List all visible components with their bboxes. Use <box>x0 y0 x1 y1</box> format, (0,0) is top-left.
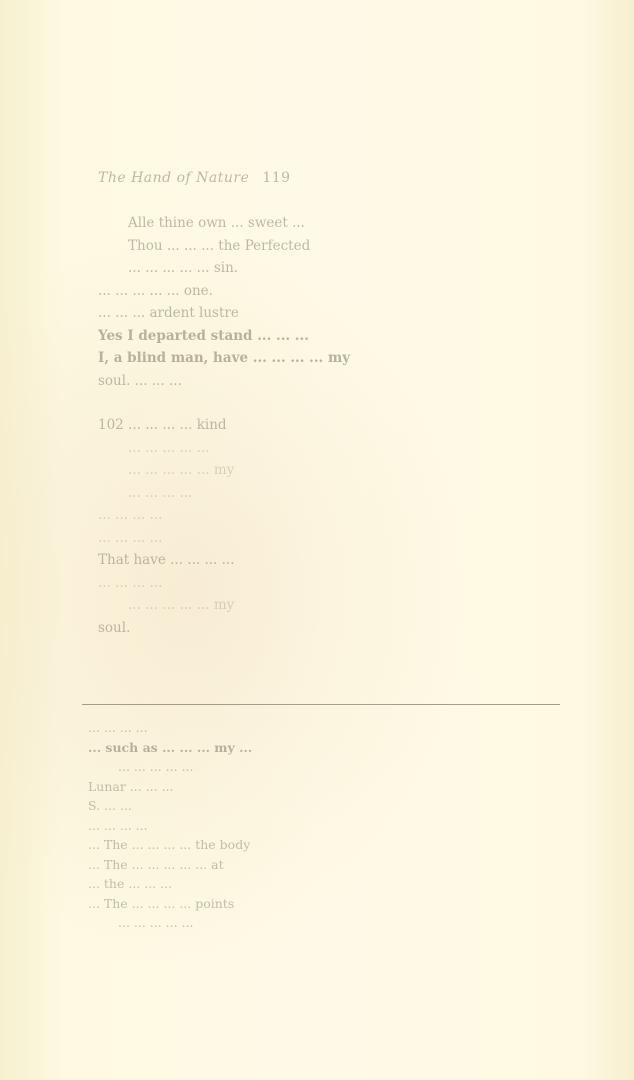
text-line: ... ... ... ... ... my <box>98 459 574 482</box>
scanned-page: The Hand of Nature 119 Alle thine own ..… <box>0 0 634 1080</box>
footnote-line: ... The ... ... ... ... points <box>88 894 584 914</box>
text-line: ... ... ... ... ... my <box>98 594 574 617</box>
text-line: That have ... ... ... ... <box>98 549 574 572</box>
text-line: ... ... ... ardent lustre <box>98 302 574 325</box>
running-head-title: The Hand of Nature <box>98 170 249 186</box>
footnote-line: ... ... ... ... ... <box>88 913 584 933</box>
running-head: The Hand of Nature 119 <box>98 170 291 186</box>
footnote-line: S. ... ... <box>88 796 584 816</box>
footnote-line: ... ... ... ... <box>88 816 584 836</box>
text-line: ... ... ... ... <box>98 572 574 595</box>
poem-body: Alle thine own ... sweet ...Thou ... ...… <box>98 212 574 639</box>
footnote-line: ... The ... ... ... ... ... at <box>88 855 584 875</box>
text-line: I, a blind man, have ... ... ... ... my <box>98 347 574 370</box>
text-line: ... ... ... ... ... <box>98 437 574 460</box>
footnote-line: ... ... ... ... <box>88 718 584 738</box>
text-line: ... ... ... ... <box>98 527 574 550</box>
text-line: ... ... ... ... ... sin. <box>98 257 574 280</box>
footnotes: ... ... ... ...... such as ... ... ... m… <box>88 718 584 933</box>
footnote-divider <box>82 704 560 705</box>
footnote-line: Lunar ... ... ... <box>88 777 584 797</box>
page-number: 119 <box>262 170 290 186</box>
text-line: Alle thine own ... sweet ... <box>98 212 574 235</box>
text-line: soul. <box>98 617 574 640</box>
text-line: Yes I departed stand ... ... ... <box>98 325 574 348</box>
text-line: ... ... ... ... ... one. <box>98 280 574 303</box>
footnote-line: ... The ... ... ... ... the body <box>88 835 584 855</box>
text-line: Thou ... ... ... the Perfected <box>98 235 574 258</box>
stanza-gap <box>98 392 574 414</box>
footnote-line: ... such as ... ... ... my ... <box>88 738 584 758</box>
text-line: ... ... ... ... <box>98 504 574 527</box>
text-line: ... ... ... ... <box>98 482 574 505</box>
footnote-line: ... ... ... ... ... <box>88 757 584 777</box>
text-line: 102 ... ... ... ... kind <box>98 414 574 437</box>
footnote-line: ... the ... ... ... <box>88 874 584 894</box>
text-line: soul. ... ... ... <box>98 370 574 393</box>
